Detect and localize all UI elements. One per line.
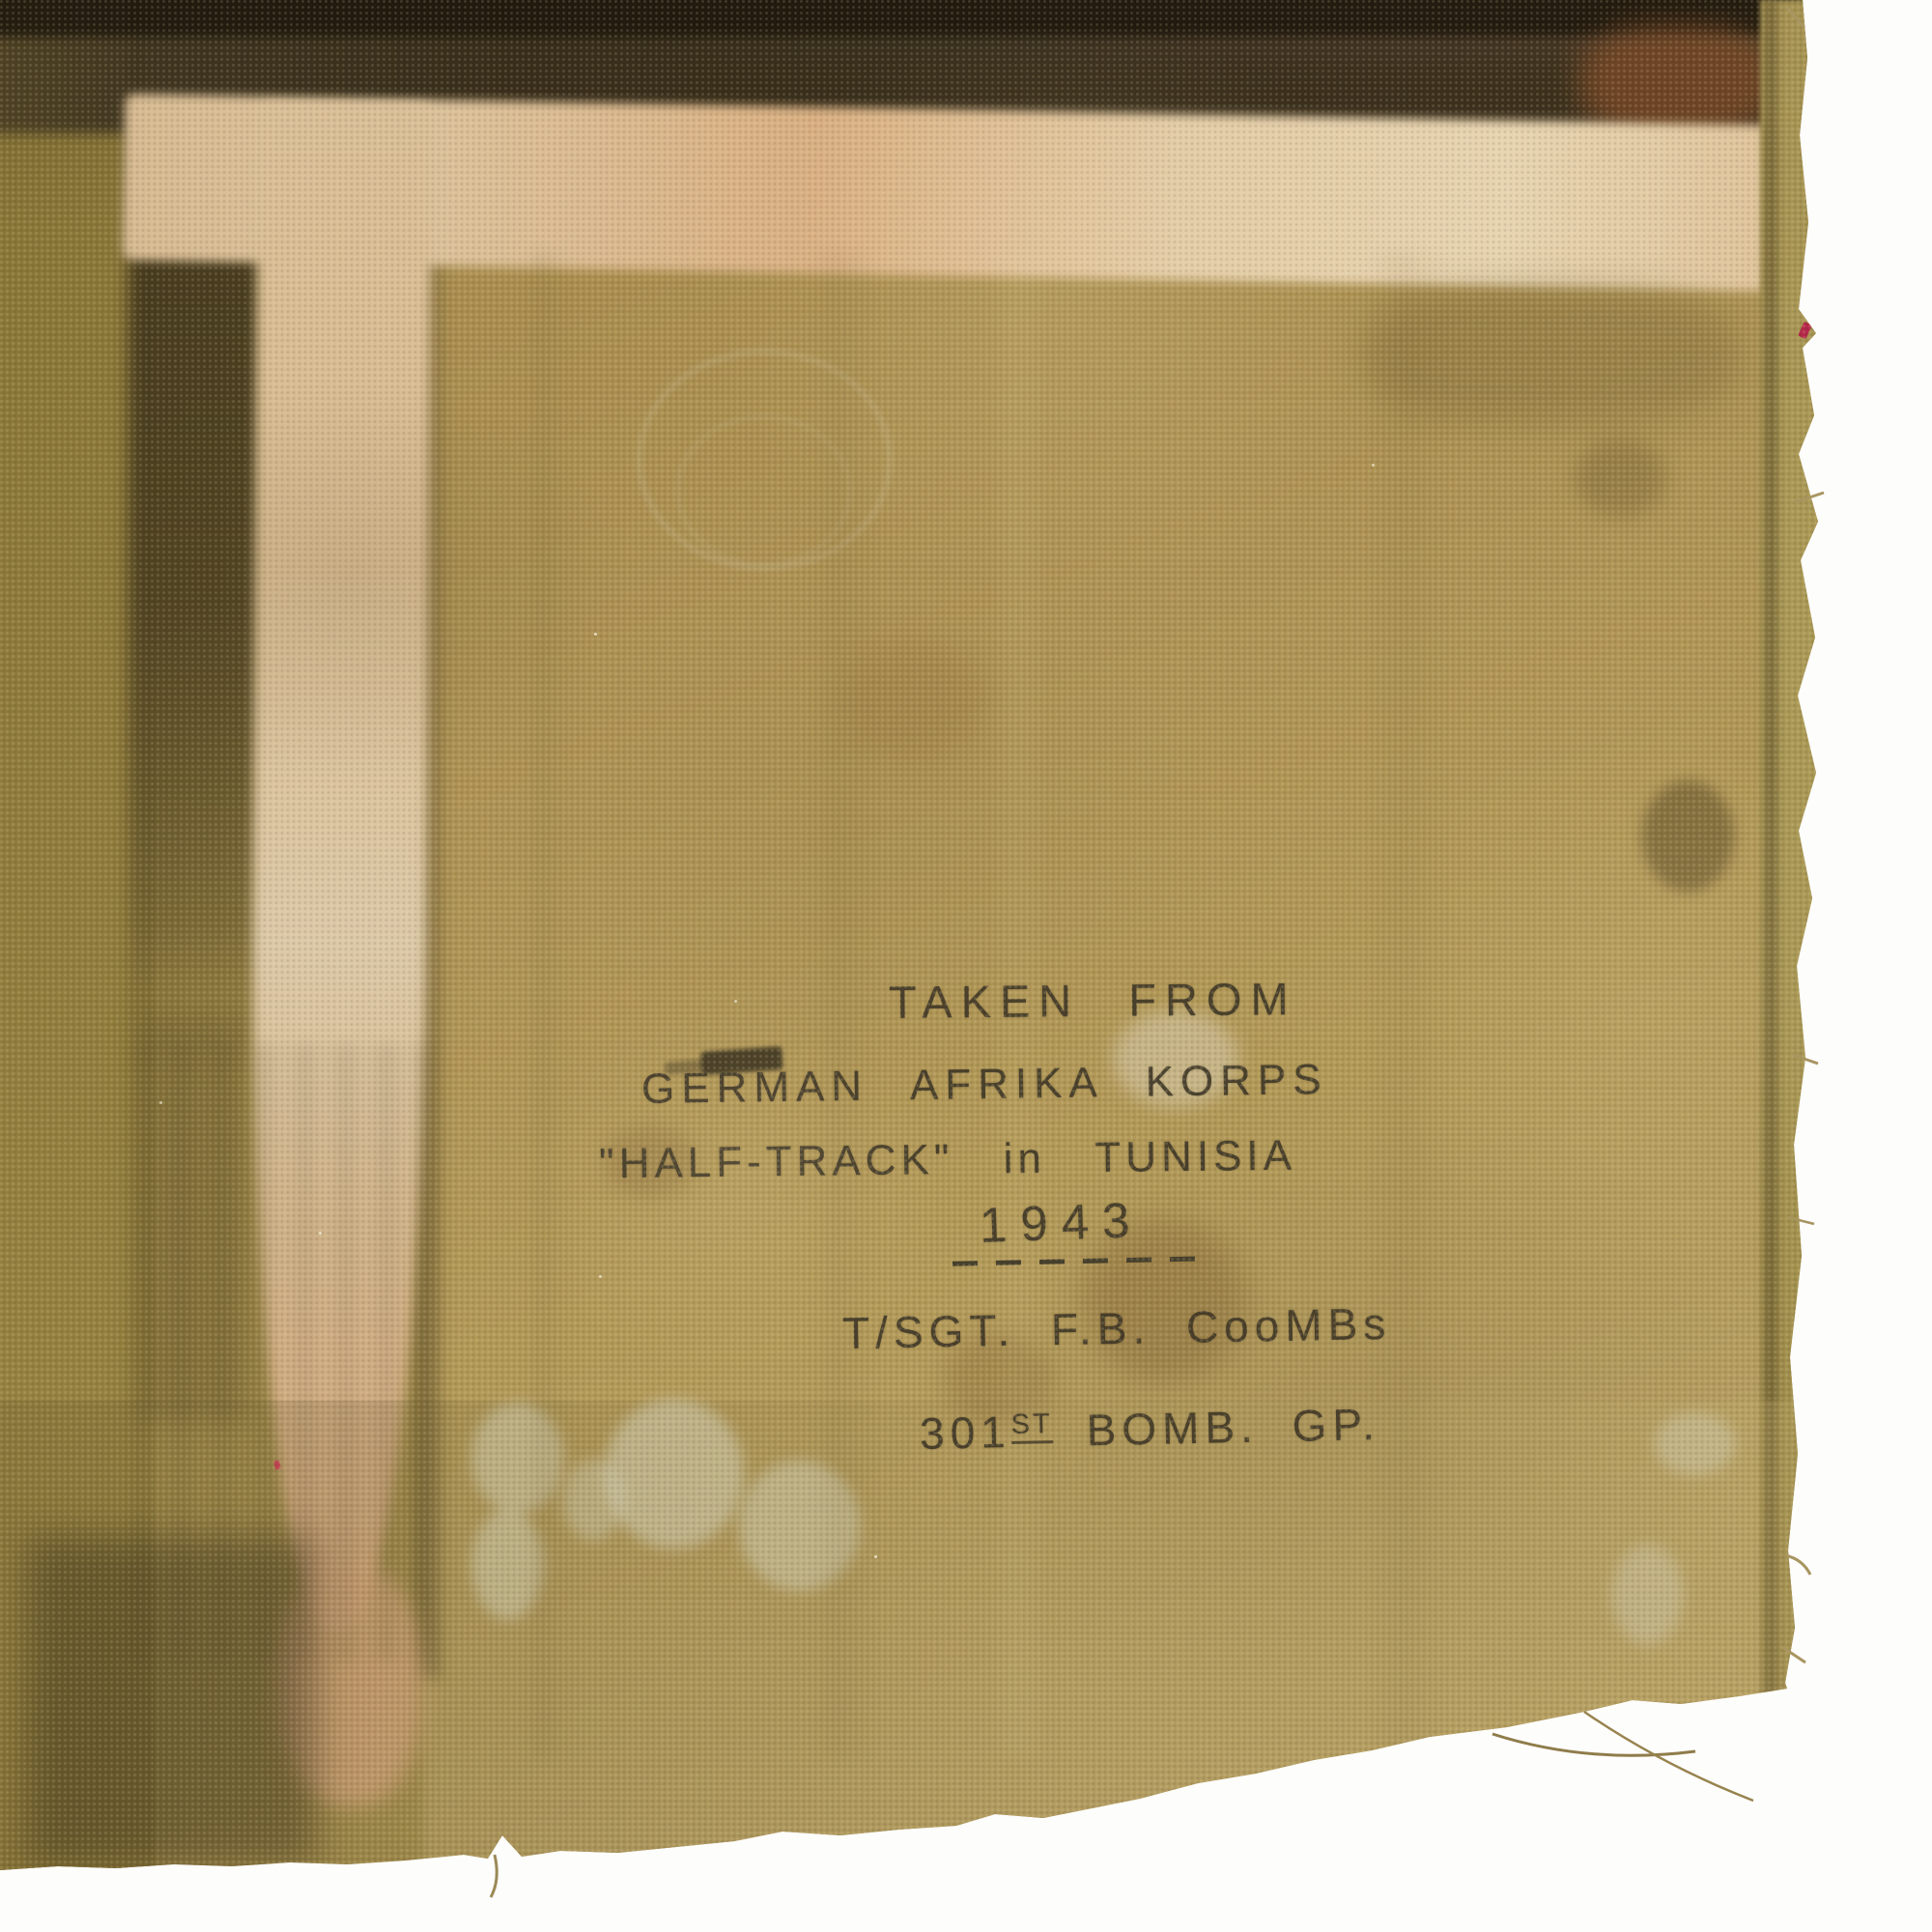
thread-bottom-notch: [491, 1855, 497, 1897]
thread-bottom-right: [1492, 1734, 1695, 1755]
canvas-fragment: TAKEN FROM GERMAN AFRIKA KORPS "HALF-TRA…: [0, 0, 1932, 1932]
canvas-mottle-texture: [0, 0, 1932, 1932]
thread-bottom-right-long: [1584, 1712, 1753, 1801]
photo-backdrop: TAKEN FROM GERMAN AFRIKA KORPS "HALF-TRA…: [0, 0, 1932, 1932]
